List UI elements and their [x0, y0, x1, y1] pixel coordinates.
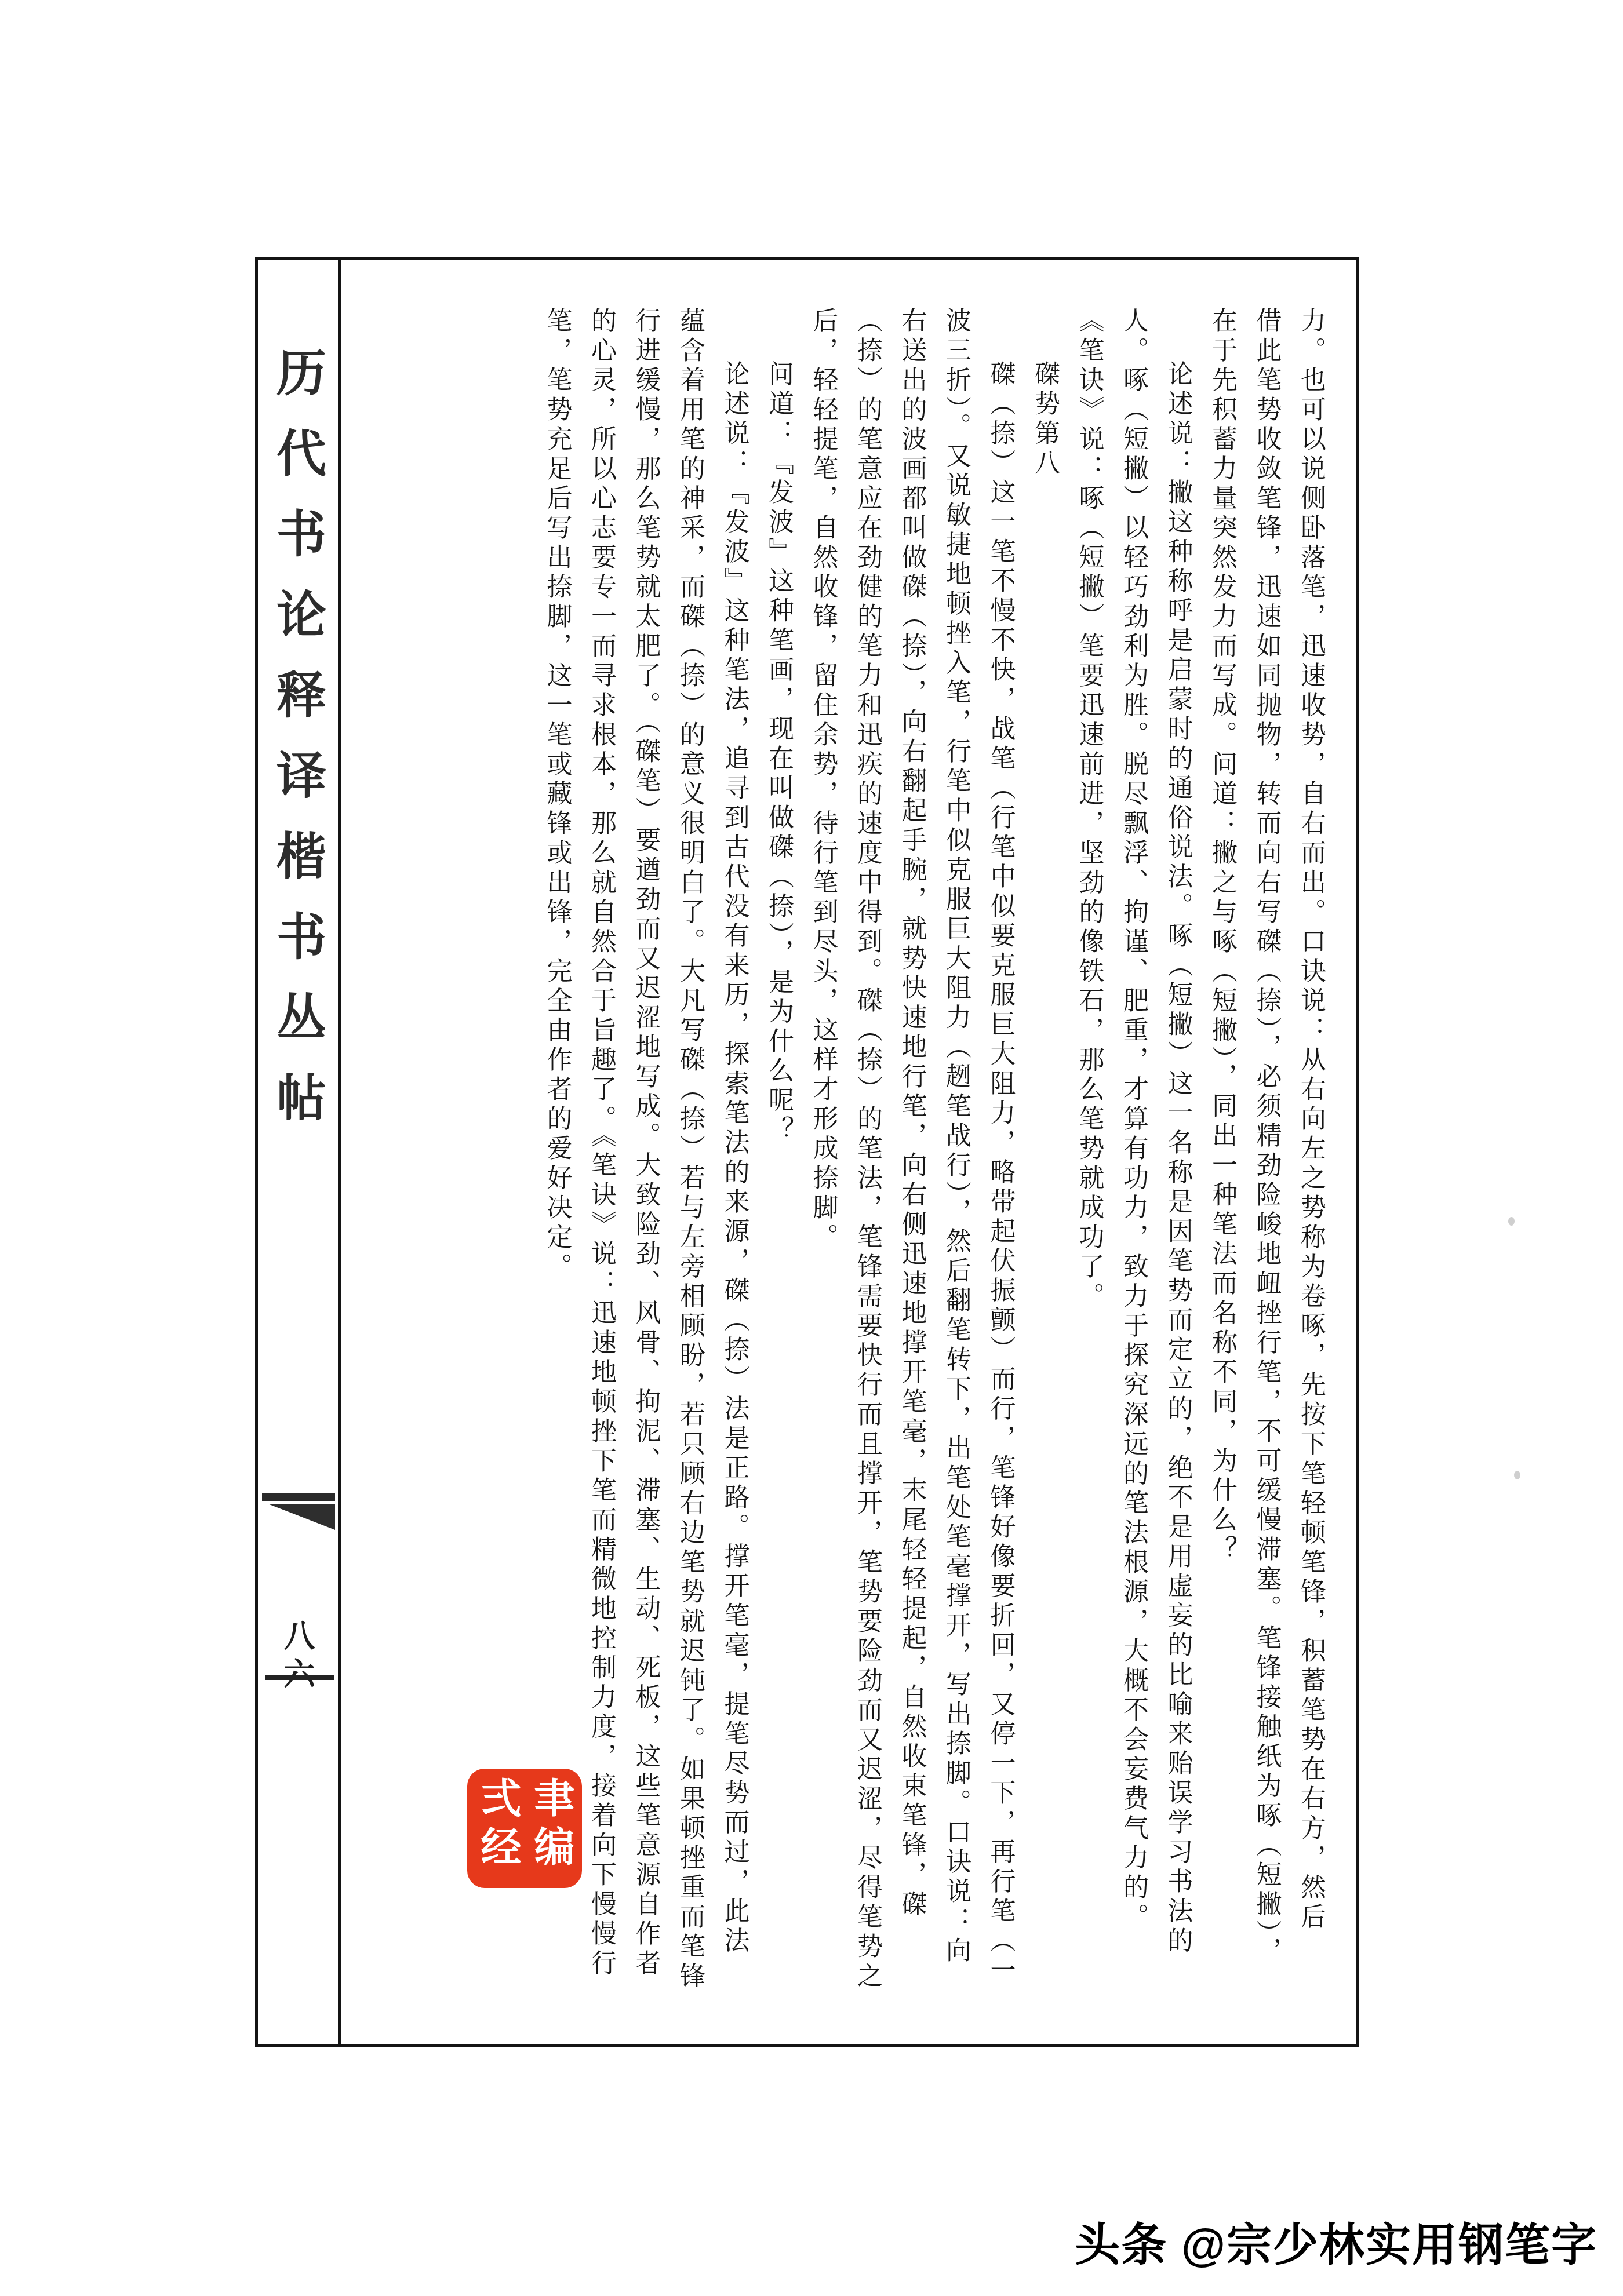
seal-characters: 聿编弍经	[471, 1777, 578, 1880]
text-column-10: 右送出的波画都叫做磔（捺），向右翻起手腕，就势快速地行笔，向右侧迅速地撑开笔毫，…	[889, 307, 934, 2034]
text-column-3: 在于先积蓄力量突然发力而写成。问道：撇之与啄（短撇），同出一种笔法而名称不同，为…	[1200, 307, 1244, 2034]
page-number: 八六	[255, 1619, 338, 1696]
main-text-block: 力。也可以说侧卧落笔，迅速收势，自右而出。口诀说：从右向左之势称为卷啄，先按下笔…	[534, 307, 1333, 2034]
watermark-text: 头条 @宗少林实用钢笔字	[1075, 2209, 1597, 2274]
text-column-12: 后，轻轻提笔，自然收锋，留住余势，待行笔到尽头，这样才形成捺脚。	[800, 307, 845, 2034]
section-heading-column: 磔势第八	[1022, 307, 1067, 2034]
text-column-13: 问道：『发波』这种笔画，现在叫做磔（捺），是为什么呢？	[756, 307, 801, 2034]
text-column-11: （捺）的笔意应在劲健的笔力和迅疾的速度中得到。磔（捺）的笔法，笔锋需要快行而且撑…	[845, 307, 890, 2034]
series-title: 历代书论释译楷书丛帖	[255, 347, 338, 1152]
text-column-8: 磔（捺）这一笔不慢不快，战笔（行笔中似要克服巨大阻力，略带起伏振颤）而行，笔锋好…	[978, 307, 1022, 2034]
text-column-16: 行进缓慢，那么笔势就太肥了。（磔笔）要遒劲而又迟涩地写成。大致险劲、风骨、拘泥、…	[623, 307, 668, 2034]
book-page: 历代书论释译楷书丛帖 八六 力。也可以说侧卧落笔，迅速收势，自右而出。口诀说：从…	[0, 0, 1623, 2296]
text-column-15: 蕴含着用笔的神采，而磔（捺）的意义很明白了。大凡写磔（捺）若与左旁相顾盼，若只顾…	[668, 307, 712, 2034]
text-column-4: 论述说：撇这种称呼是启蒙时的通俗说法。啄（短撇）这一名称是因笔势而定立的，绝不是…	[1155, 307, 1200, 2034]
text-column-14: 论述说：『发波』这种笔法，追寻到古代没有来历，探索笔法的来源，磔（捺）法是正路。…	[712, 307, 756, 2034]
sidebar-divider-line	[338, 257, 341, 2047]
scan-artifact	[1514, 1471, 1520, 1479]
wedge-ornament-icon	[262, 1493, 336, 1535]
text-column-17: 的心灵，所以心志要专一而寻求根本，那么就自然合于旨趣了。《笔诀》说：迅速地顿挫下…	[579, 307, 624, 2034]
red-seal-stamp: 聿编弍经	[467, 1769, 582, 1888]
text-column-1: 力。也可以说侧卧落笔，迅速收势，自右而出。口诀说：从右向左之势称为卷啄，先按下笔…	[1289, 307, 1333, 2034]
text-column-6: 《笔诀》说：啄（短撇）笔要迅速前进，坚劲的像铁石，那么笔势就成功了。	[1067, 307, 1111, 2034]
text-column-9: 波三折）。又说敏捷地顿挫入笔，行笔中似克服巨大阻力（趔笔战行），然后翻笔转下，出…	[934, 307, 978, 2034]
page-number-rule	[265, 1675, 334, 1680]
text-column-5: 人。啄（短撇）以轻巧劲利为胜。脱尽飘浮、拘谨、肥重，才算有功力，致力于探究深远的…	[1111, 307, 1156, 2034]
text-column-2: 借此笔势收敛笔锋，迅速如同抛物，转而向右写磔（捺），必须精劲险峻地衄挫行笔，不可…	[1244, 307, 1289, 2034]
scan-artifact	[1508, 1217, 1515, 1226]
